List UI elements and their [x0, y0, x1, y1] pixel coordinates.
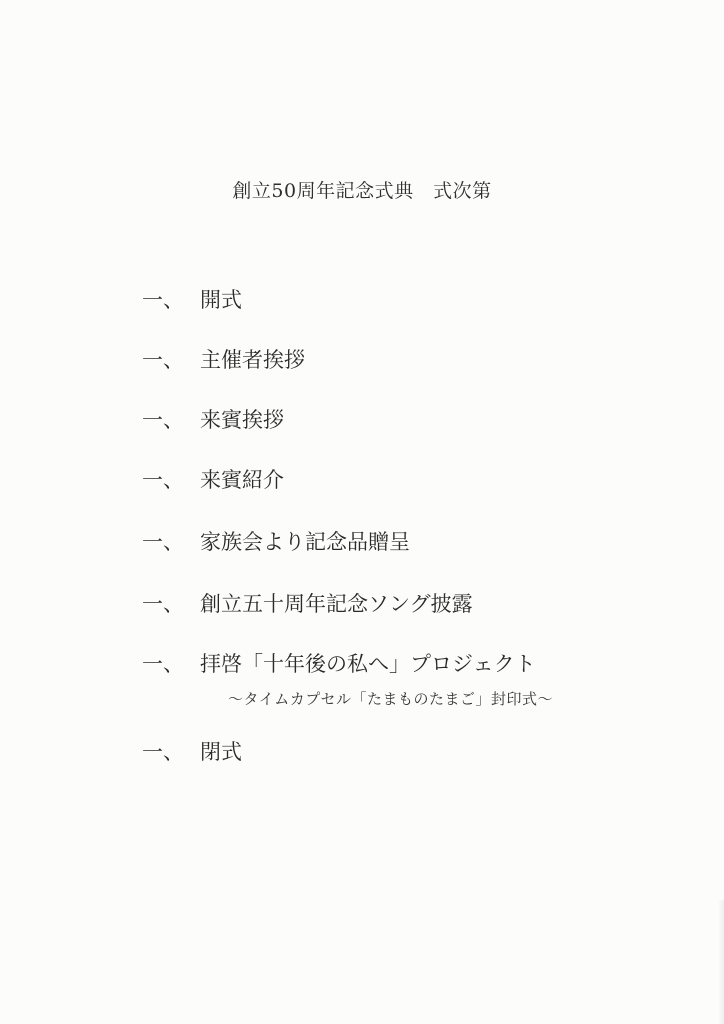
item-marker: 一、 — [142, 648, 200, 678]
program-item-closing: 一、閉式 — [142, 736, 242, 766]
program-item-opening: 一、開式 — [142, 284, 242, 314]
item-label: 拝啓「十年後の私へ」プロジェクト — [200, 652, 536, 676]
item-label: 主催者挨拶 — [200, 348, 305, 372]
item-label: 来賓挨拶 — [200, 408, 284, 432]
item-marker: 一、 — [142, 736, 200, 766]
program-item-anniversary-song: 一、創立五十周年記念ソング披露 — [142, 588, 473, 618]
item-marker: 一、 — [142, 526, 200, 556]
item-marker: 一、 — [142, 588, 200, 618]
item-marker: 一、 — [142, 404, 200, 434]
document-title: 創立50周年記念式典 式次第 — [0, 176, 724, 203]
item-label: 家族会より記念品贈呈 — [200, 530, 410, 554]
item-label: 開式 — [200, 288, 242, 312]
program-item-organizer-greeting: 一、主催者挨拶 — [142, 344, 305, 374]
program-item-guest-introduction: 一、来賓紹介 — [142, 464, 284, 494]
scan-edge-shadow — [718, 900, 724, 1024]
item-label: 閉式 — [200, 740, 242, 764]
program-item-ten-years-project: 一、拝啓「十年後の私へ」プロジェクト — [142, 648, 536, 678]
item-label: 創立五十周年記念ソング披露 — [200, 592, 473, 616]
item-label: 来賓紹介 — [200, 468, 284, 492]
item-marker: 一、 — [142, 464, 200, 494]
item-marker: 一、 — [142, 284, 200, 314]
item-marker: 一、 — [142, 344, 200, 374]
program-item-gift-presentation: 一、家族会より記念品贈呈 — [142, 526, 410, 556]
document-page: 創立50周年記念式典 式次第 一、開式 一、主催者挨拶 一、来賓挨拶 一、来賓紹… — [0, 0, 724, 1024]
program-item-subtitle: ～タイムカプセル「たまものたまご」封印式～ — [228, 688, 553, 709]
program-item-guest-greeting: 一、来賓挨拶 — [142, 404, 284, 434]
